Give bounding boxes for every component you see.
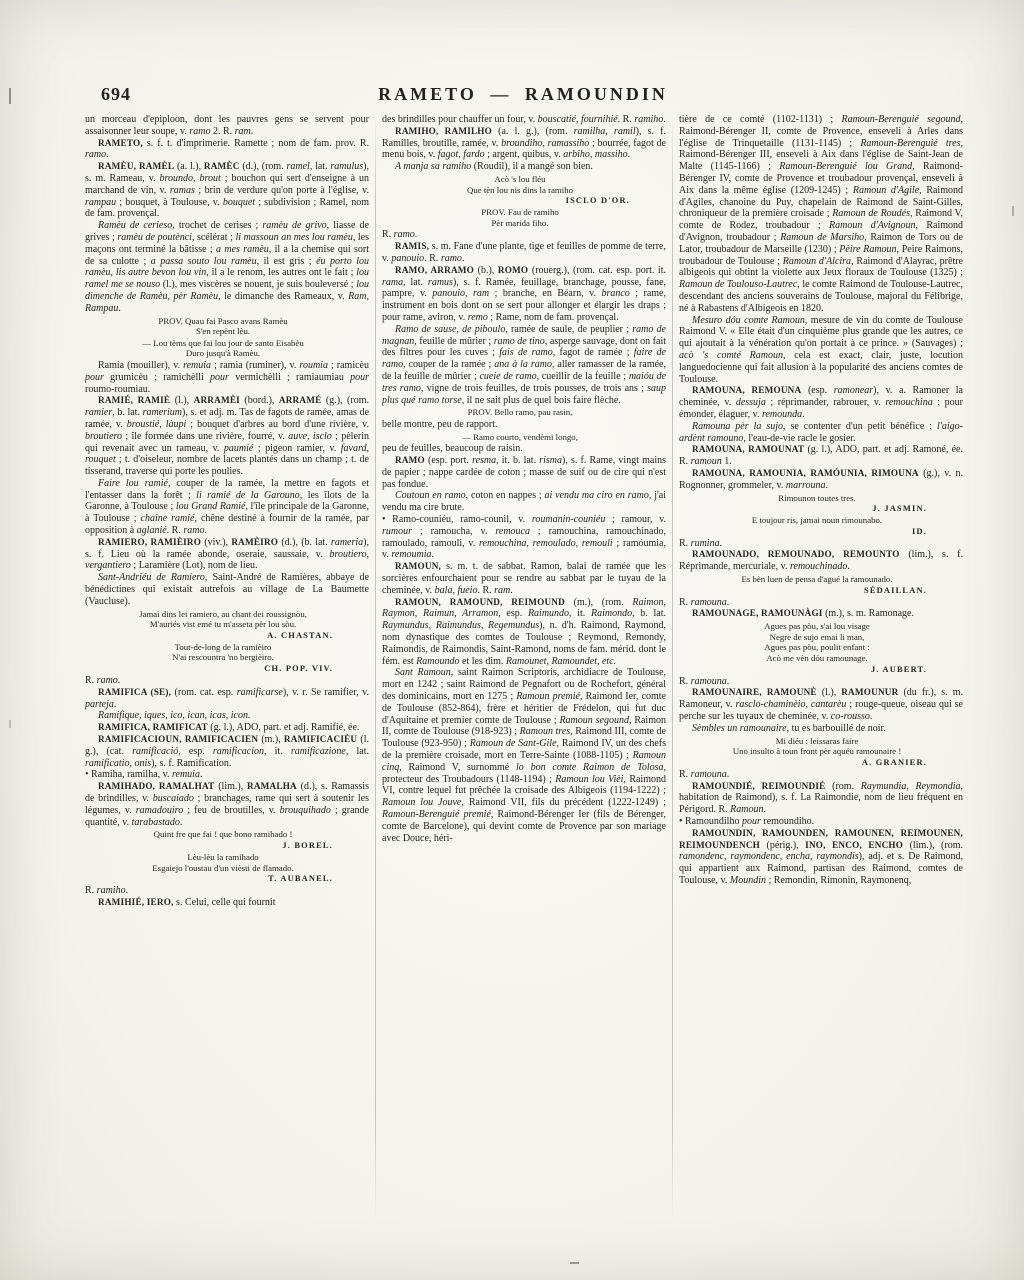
page-header: 694 RAMETO — RAMOUNDIN (85, 84, 961, 110)
italic-text: bouquet (223, 197, 255, 208)
scan-artifact (9, 88, 11, 104)
quote-attribution: T. AUBANEL. (85, 874, 369, 884)
italic-text: Ramoun (730, 804, 763, 815)
dictionary-page-scan: 694 RAMETO — RAMOUNDIN un morceau d'epip… (0, 0, 1024, 1280)
entry-paragraph: RAMO (esp. port. resma, it. b. lat. rism… (382, 455, 666, 490)
body-text: . (628, 149, 631, 160)
body-text: ; Remondin, Rimonin, Raymonenq, (766, 875, 911, 886)
italic-text: ramouna (691, 597, 727, 608)
italic-text: rumour (382, 526, 412, 537)
body-text: Lèu-lèu la ramihado (187, 852, 258, 862)
italic-text: risma (539, 455, 562, 466)
body-text: , lat. (310, 161, 331, 172)
headword-text: RAMIFICACIOUN, RAMIFICACIEN (98, 734, 258, 744)
headword-text: ARRAMÈI (194, 395, 240, 405)
italic-text: ramo (394, 229, 415, 240)
italic-text: pour (742, 816, 761, 827)
proverb-quote: — Lou tèms que fai lou jour de santo Eis… (85, 338, 361, 359)
body-text: , cueillir de la feuille ; (537, 371, 629, 382)
headword-text: RAMIFICACIÈU (284, 734, 357, 744)
entry-paragraph: Sèmbles un ramounaire, tu es barbouillé … (679, 723, 963, 735)
body-text: • Ramiha, ramilha, v. (85, 769, 172, 780)
italic-text: arbiho, massiho (563, 149, 627, 160)
continuation-paragraph: des brindilles pour chauffer un four, v.… (382, 114, 666, 126)
italic-text: chaine ramié (141, 513, 195, 524)
italic-text: roumanin-couniéu (532, 514, 606, 525)
body-text: , it. (264, 746, 291, 757)
body-text: belle montre, peu de rapport. (382, 419, 498, 430)
body-text: , Raimond VII, fils du précédent (1222-1… (461, 797, 666, 808)
italic-text: aglanié (137, 525, 167, 536)
verse-line: Acò 's lou fléu (382, 174, 658, 185)
body-text: (m.), (258, 734, 284, 745)
body-text: (g. l.), ADO, part. et adj. Ramifié, ée. (208, 722, 360, 733)
verse-line: Pèr marida fiho. (382, 218, 658, 229)
entry-paragraph: RAMOUNA, RAMOUNAT (g. l.), ADO, part. et… (679, 444, 963, 468)
italic-text: Pèire Ramoun (839, 244, 896, 255)
italic-text: remounda (762, 409, 802, 420)
verse-line: Esgaiejo l'oustau d'un vièsti de flamado… (85, 863, 361, 874)
body-text: A. CHASTAN. (267, 631, 333, 640)
italic-text: ram (235, 126, 251, 137)
body-text: (rouerg.), (rom. cat. esp. port. it. (528, 265, 666, 276)
body-text: (a. l.), (174, 161, 204, 172)
italic-text: ramo de tino (494, 336, 545, 347)
body-text: ; bouquet d'arbres au bord d'une rivière… (186, 419, 369, 430)
italic-text: a passa souto lou ramèu (151, 256, 257, 267)
body-text: ; ramicèu (328, 360, 369, 371)
body-text: . (802, 409, 805, 420)
headword-text: RAMIÉ, RAMIÈ (98, 395, 170, 405)
body-text: J. AUBERT. (871, 665, 927, 674)
body-text: tière de ce comté (1102-1131) ; (679, 114, 841, 125)
italic-text: fagot, fardo (438, 149, 485, 160)
italic-text: tarabastado (132, 817, 180, 828)
italic-text: Ramounet, Ramoundet, etc. (506, 656, 616, 667)
italic-text: rampau (85, 197, 116, 208)
entry-paragraph: RAMOUNDIN, RAMOUNDEN, RAMOUNEN, REIMOUNE… (679, 828, 963, 887)
verse-line: Rimounon toutes tres. (679, 493, 955, 504)
body-text: , il ne sait plus de quel bois faire flè… (462, 395, 621, 406)
body-text: Negre de sujo emai li man, (770, 632, 865, 642)
body-text: (rom. cat. esp. (171, 687, 237, 698)
body-text: (d.), (rom. (240, 161, 287, 172)
body-text: Duro jusqu'à Ramèu. (186, 348, 260, 358)
body-text: , il a le renom, les autres ont le fait … (206, 267, 356, 278)
italic-text: Sèmbles un ramounaire (692, 723, 787, 734)
italic-text: remuia (172, 769, 200, 780)
verse-quote: Mi diéu : leissaras faireUno insulto à t… (679, 736, 955, 757)
body-text: . (200, 769, 203, 780)
verse-line: Mi diéu : leissaras faire (679, 736, 955, 747)
body-text: , fagot de ramée ; (553, 347, 634, 358)
italic-text: Ramoun-Berenguié segound (841, 114, 960, 125)
italic-text: pour (210, 372, 229, 383)
body-text: . (415, 229, 418, 240)
entry-paragraph: Sant Ramoun, saint Raimon Scriptoris, ar… (382, 667, 666, 844)
headword-text: RAMETO, (98, 138, 143, 148)
italic-text: ramel (286, 161, 309, 172)
headword-text: RAMOUNADO, REMOUNADO, REMOUNTO (692, 549, 900, 559)
body-text: . R. (167, 525, 184, 536)
italic-text: ramulus (330, 161, 363, 172)
body-text: Jamai dins lei ramiero, au chant dei rou… (139, 609, 307, 619)
body-text: . R. (477, 585, 494, 596)
body-text: Esgaiejo l'oustau d'un vièsti de flamado… (152, 863, 293, 873)
body-text: Mi diéu : leissaras faire (776, 736, 859, 746)
italic-text: brouquihado (280, 805, 331, 816)
italic-text: bala, fueio (435, 585, 478, 596)
body-text: (l.), mes viscères se nouent, je suis bo… (160, 279, 356, 290)
headword-text: RAMOUNAIRE, RAMOUNÈ (692, 687, 817, 697)
headword-text: RAMOUNAGE, RAMOUNÀGI (692, 608, 823, 618)
italic-text: Ramoun d'Agile (853, 185, 919, 196)
proverb-quote: — Ramo courto, vendèmi longo, (382, 432, 658, 443)
continuation-paragraph: belle montre, peu de rapport. (382, 419, 666, 431)
body-text: (esp. port. (425, 455, 472, 466)
body-text: grumicèu ; ramichèlli (104, 372, 210, 383)
italic-text: parteja (85, 699, 114, 710)
headword-text: RAMO, ARRAMO (395, 265, 474, 275)
body-text: ID. (912, 527, 927, 536)
continuation-paragraph: un morceau d'epiploon, dont les pauvres … (85, 114, 369, 138)
headword-text: RAMO (395, 455, 425, 465)
quote-attribution: ISCLO D'OR. (382, 196, 666, 206)
body-text: . (720, 538, 723, 549)
italic-text: Ramoun d'Alcira (783, 256, 851, 267)
italic-text: roumia (299, 360, 328, 371)
scan-artifact (1012, 206, 1014, 216)
body-text: T. AUBANEL. (268, 874, 333, 883)
body-text: ; brin de verdure qu'on porte à l'église… (195, 185, 369, 196)
verse-line: Negre de sujo emai li man, (679, 632, 955, 643)
body-text: PROV. Bello ramo, pau rasin, (468, 407, 573, 417)
italic-text: rameria (331, 537, 363, 548)
italic-text: Ramoun-Berenguié premié (382, 809, 491, 820)
verse-line: PROV. Bello ramo, pau rasin, (382, 407, 658, 418)
italic-text: pour (350, 372, 369, 383)
italic-text: ramas (170, 185, 195, 196)
proverb-quote: PROV. Quau fai Pasco avans RamèuS'en rep… (85, 316, 361, 337)
body-text: (bord.), (240, 395, 279, 406)
entry-paragraph: RAMOUN, s. m. t. de sabbat. Ramon, balai… (382, 561, 666, 596)
body-text: , it. b. lat. (496, 455, 539, 466)
continuation-paragraph: • Ramoundilho pour remoundiho. (679, 816, 963, 828)
italic-text: ramilha, ramil (574, 126, 636, 137)
body-text: peu de feuilles, beaucoup de raisin. (382, 443, 523, 454)
entry-paragraph: RAMIFICACIOUN, RAMIFICACIEN (m.), RAMIFI… (85, 734, 369, 769)
body-text: (Roudil), il a mangé son bien. (471, 161, 593, 172)
entry-paragraph: RAMIFICA (SE), (rom. cat. esp. ramificar… (85, 687, 369, 711)
italic-text: Ramoundo (416, 656, 459, 667)
body-text: Es bèn luen de pensa d'agué la ramounado… (741, 574, 892, 584)
body-text: ; branche, en Béarn, v. (489, 288, 601, 299)
continuation-paragraph: R. ramouna. (679, 597, 963, 609)
italic-text: li massoun an mes lou ramèu (236, 232, 353, 243)
italic-text: Ramoun de Toulouso-Lautrec (679, 279, 797, 290)
headword-text: RAMÈC (204, 161, 240, 171)
body-text: vermichèlli ; ramiaumiau (229, 372, 350, 383)
verse-line: Que tèn lou nis dins la ramiho (382, 185, 658, 196)
entry-paragraph: Ramo de sause, de piboulo, ramée de saul… (382, 324, 666, 407)
proverb-quote: PROV. Bello ramo, pau rasin, (382, 407, 658, 418)
headword-text: RAMIHIÉ, IERO, (98, 897, 174, 907)
body-text: R. (679, 538, 691, 549)
entry-paragraph: Ramouna pèr la sujo, se contenter d'un p… (679, 421, 963, 445)
body-text: Acò me vèn dóu ramounage. (766, 653, 867, 663)
italic-text: lou Grand Ramié (176, 501, 246, 512)
italic-text: rasclo-chaminèio, cantarèu (735, 699, 846, 710)
italic-text: ramèu de grivo (262, 220, 326, 231)
body-text: , vigne de trois feuilles, de trois pous… (421, 383, 647, 394)
entry-paragraph: RAMOUNA, REMOUNA (esp. ramonear), v. a. … (679, 385, 963, 420)
quote-attribution: SÉDAILLAN. (679, 586, 963, 596)
continuation-paragraph: • Ramiha, ramilha, v. remuia. (85, 769, 369, 781)
italic-text: ramerium (143, 407, 182, 418)
italic-text: a mes ramèu (216, 244, 269, 255)
headword-text: RAMIFICA, RAMIFICAT (98, 722, 208, 732)
continuation-paragraph: R. rumina. (679, 538, 963, 550)
body-text: Pèr marida fiho. (492, 218, 549, 228)
italic-text: Raimundo (528, 608, 569, 619)
body-text: . (727, 769, 730, 780)
italic-text: remouchinado (790, 561, 847, 572)
verse-line: Lèu-lèu la ramihado (85, 852, 361, 863)
verse-quote: Rimounon toutes tres. (679, 493, 955, 504)
body-text: , b. lat. (632, 608, 666, 619)
verse-line: PROV. Fau de ramiho (382, 207, 658, 218)
body-text: (l.), (817, 687, 841, 698)
verse-quote: Agues pas pòu, s'ai lou visageNegre de s… (679, 621, 955, 663)
italic-text: ramo (85, 149, 106, 160)
verse-quote: Es bèn luen de pensa d'agué la ramounado… (679, 574, 955, 585)
italic-text: ramèu de poutènci (117, 232, 192, 243)
headword-text: RAMALHA (247, 781, 297, 791)
italic-text: Raymundia, Reymondia (861, 781, 961, 792)
body-text: et les dim. (460, 656, 506, 667)
italic-text: Ramoun de Roudés (832, 208, 910, 219)
body-text: ; Laramière (Lot), nom de lieu. (131, 560, 258, 571)
body-text: (a. l. g.), (rom. (492, 126, 574, 137)
entry-paragraph: RAMOUNAIRE, RAMOUNÈ (l.), RAMOUNUR (du f… (679, 687, 963, 722)
headword-text: RAMIS, (395, 241, 429, 251)
italic-text: A manja sa ramiho (395, 161, 471, 172)
entry-paragraph: Ramifique, iques, ico, ican, icas, icon. (85, 710, 369, 722)
italic-text: remuia (183, 360, 211, 371)
italic-text: ramiho (634, 114, 663, 125)
italic-text: branco (601, 288, 629, 299)
body-text: R. (679, 597, 691, 608)
entry-paragraph: Faire lou ramié, couper de la ramée, la … (85, 478, 369, 537)
text-column-2: des brindilles pour chauffer un four, v.… (382, 114, 666, 1244)
text-columns: un morceau d'epiploon, dont les pauvres … (85, 114, 963, 1244)
italic-text: ramus (428, 277, 453, 288)
body-text: Agues pas pòu, poulit enfant : (764, 642, 870, 652)
continuation-paragraph: • Ramo-couniéu, ramo-counil, v. roumanin… (382, 514, 666, 561)
italic-text: bouscatié, fournihié (538, 114, 618, 125)
entry-paragraph: RAMIS, s. m. Fane d'une plante, tige et … (382, 241, 666, 265)
quote-attribution: ID. (679, 527, 963, 537)
italic-text: Coutoun en ramo (395, 490, 466, 501)
italic-text: remouca (495, 526, 530, 537)
body-text: ; Rame, nom de fam. provençal. (488, 312, 619, 323)
body-text: . (727, 597, 730, 608)
italic-text: ramificazione (291, 746, 346, 757)
italic-text: rumina (691, 538, 720, 549)
verse-quote: Tout-de-long de la ramièiroN'ai rescount… (85, 642, 361, 663)
continuation-paragraph: R. ramouna. (679, 769, 963, 781)
italic-text: acò 's comté Ramoun (679, 350, 783, 361)
entry-paragraph: RAMIÉ, RAMIÈ (l.), ARRAMÈI (bord.), ARRA… (85, 395, 369, 478)
italic-text: Raimondo (591, 608, 632, 619)
body-text: • Ramoundilho (679, 816, 742, 827)
italic-text: ramouna (691, 769, 727, 780)
italic-text: ramouna (691, 676, 727, 687)
body-text: , il est gris ; (257, 256, 316, 267)
body-text: — Lou tèms que fai lou jour de santo Eis… (142, 338, 303, 348)
body-text: . (663, 114, 666, 125)
italic-text: ramo (441, 253, 462, 264)
body-text: — Ramo courto, vendèmi longo, (462, 432, 578, 442)
italic-text: remoumia (391, 549, 431, 560)
body-text: . (118, 675, 121, 686)
quote-attribution: CH. POP. VIV. (85, 664, 369, 674)
verse-line: Jamai dins lei ramiero, au chant dei rou… (85, 609, 361, 620)
body-text: , b. lat. (112, 407, 142, 418)
italic-text: auve, isclo (288, 431, 332, 442)
body-text: R. (85, 885, 97, 896)
italic-text: ramiho (97, 885, 126, 896)
headword-text: RAMOUNA, REMOUNA (692, 385, 801, 395)
entry-paragraph: Ramia (mouiller), v. remuia ; ramia (rum… (85, 360, 369, 395)
body-text: . (510, 585, 513, 596)
headword-text: RAMOUNUR (841, 687, 898, 697)
verse-line: E toujour ris, jamai noun rimounabo. (679, 515, 955, 526)
italic-text: ai vendu ma ciro en ramo (545, 490, 649, 501)
body-text: , lat. (346, 746, 369, 757)
italic-text: remouchina (885, 397, 932, 408)
column-rule (375, 114, 376, 1221)
italic-text: ramo (189, 126, 210, 137)
body-text: . R. (424, 253, 441, 264)
continuation-paragraph: R. ramiho. (85, 885, 369, 897)
entry-paragraph: Coutoun en ramo, coton en nappes ; ai ve… (382, 490, 666, 514)
italic-text: dessuja (736, 397, 766, 408)
entry-paragraph: Ramèu de cerieso, trochet de cerises ; r… (85, 220, 369, 314)
body-text: ; pigeon ramier, v. (253, 443, 340, 454)
body-text: ; île formée dans une rivière, fourré, v… (122, 431, 288, 442)
body-text: , le dimanche des Rameaux, v. (218, 291, 348, 302)
body-text: s. f. t. d'imprimerie. Ramette ; nom de … (143, 138, 369, 149)
italic-text: Ramo de sause, de piboulo (395, 324, 505, 335)
italic-text: ram (494, 585, 510, 596)
body-text: . (106, 149, 109, 160)
quote-attribution: J. BOREL. (85, 841, 369, 851)
verse-line: M'auriés vist emé tu m'asseta pèr lou sò… (85, 619, 361, 630)
text-column-1: un morceau d'epiploon, dont les pauvres … (85, 114, 369, 1244)
headword-text: RAMOUNDIÉ, REIMOUNDIÉ (692, 781, 825, 791)
italic-text: Mesuro dóu comte Ramoun (692, 315, 805, 326)
body-text: (lim.), (rom. (903, 840, 963, 851)
headword-text: RAMOUN, RAMOUND, REIMOUND (395, 597, 565, 607)
italic-text: ramo (183, 525, 204, 536)
body-text: ISCLO D'OR. (566, 196, 630, 205)
body-text: R. (382, 229, 394, 240)
italic-text: broutiero (85, 431, 122, 442)
body-text: ), s. f. Ramification. (151, 758, 231, 769)
italic-text: Ramoun-Berenguié tres (860, 138, 960, 149)
headword-text: RAMOUNA, RAMOUNIA, RAMÓUNIA, RIMOUNA (692, 468, 919, 478)
headword-text: INO, ENCO, ENCHO (805, 840, 903, 850)
body-text: . (462, 253, 465, 264)
body-text: (l.), (170, 395, 193, 406)
italic-text: Ramoun segound (559, 715, 629, 726)
verse-line: PROV. Quau fai Pasco avans Ramèu (85, 316, 361, 327)
body-text: , coton en nappes ; (466, 490, 545, 501)
body-text: (d.), (b. lat. (278, 537, 331, 548)
italic-text: ramonear (834, 385, 873, 396)
italic-text: Ramoun de Marsiho (780, 232, 864, 243)
column-rule (672, 114, 673, 1221)
body-text: M'auriés vist emé tu m'asseta pèr lou sò… (150, 619, 296, 629)
headword-text: RAMÈU, RAMÈL (98, 161, 174, 171)
body-text: . (847, 561, 850, 572)
headword-text: RAMIHO, RAMILHO (395, 126, 492, 136)
entry-paragraph: RAMOUNADO, REMOUNADO, REMOUNTO (lim.), s… (679, 549, 963, 573)
italic-text: ramadouiro (136, 805, 183, 816)
verse-line: Uno insulto à toun front pèr aquéu ramou… (679, 746, 955, 757)
body-text: PROV. Fau de ramiho (481, 207, 559, 217)
body-text: . (727, 676, 730, 687)
body-text: , ramée de saule, de peuplier ; (505, 324, 632, 335)
italic-text: remouchina, remoulado, remouli (479, 538, 613, 549)
italic-text: Ramouna pèr la sujo (692, 421, 783, 432)
verse-quote: Lèu-lèu la ramihadoEsgaiejo l'oustau d'u… (85, 852, 361, 873)
body-text: Uno insulto à toun front pèr aquéu ramou… (733, 746, 902, 756)
body-text: Tout-de-long de la ramièiro (175, 642, 272, 652)
verse-line: Acò me vèn dóu ramounage. (679, 653, 955, 664)
body-text: , l'eau-de-vie racle le gosier. (743, 433, 855, 444)
body-text: R. (679, 769, 691, 780)
body-text: J. BOREL. (282, 841, 333, 850)
body-text: , tu es barbouillé de noir. (787, 723, 886, 734)
verse-line: S'en repènt lèu. (85, 326, 361, 337)
headword-text: RAMIFICA (SE), (98, 687, 171, 697)
entry-paragraph: Mesuro dóu comte Ramoun, mesure de vin d… (679, 315, 963, 386)
body-text: ; bouquet, à Toulouse, v. (116, 197, 223, 208)
body-text: , esp. (498, 608, 528, 619)
entry-paragraph: RAMIHADO, RAMALHAT (lim.), RAMALHA (d.),… (85, 781, 369, 828)
headword-text: RAMIHADO, RAMALHAT (98, 781, 214, 791)
italic-text: broustié, làupi (127, 419, 186, 430)
italic-text: panouio (391, 253, 424, 264)
body-text: ; feu de broutilles, v. (183, 805, 279, 816)
body-text: R. (85, 675, 97, 686)
body-text: PROV. Quau fai Pasco avans Ramèu (158, 316, 287, 326)
italic-text: fais de ramo (499, 347, 553, 358)
italic-text: Ramoun tres (520, 726, 571, 737)
body-text: Quint fre que fai ! que bono ramihado ! (154, 829, 293, 839)
body-text: , lat. (403, 277, 428, 288)
italic-text: Ramifique, iques, ico, ican, icas, icon. (98, 710, 250, 721)
italic-text: Sant-Andriéu de Ramiero (98, 572, 205, 583)
body-text: (m.), (rom. (565, 597, 632, 608)
italic-text: Ramoun lou Vièi (555, 774, 623, 785)
italic-text: pour (85, 372, 104, 383)
italic-text: buscaiado (153, 793, 194, 804)
body-text: S'en repènt lèu. (196, 326, 250, 336)
body-text: (rom. (825, 781, 860, 792)
